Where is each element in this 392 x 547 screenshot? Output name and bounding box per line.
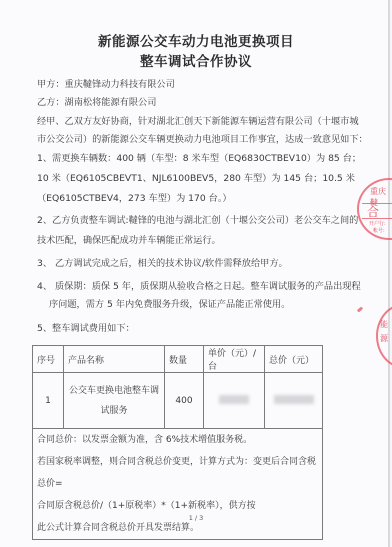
intro-line2: 市公交公司）的新能源公交车辆更换动力电池项目工作事宜，达成一致意见如下： xyxy=(37,131,368,145)
row-total-price-redacted xyxy=(265,373,323,429)
seal-text-bank: 开户行: xyxy=(369,220,386,227)
clause5: 5、整车调试费用如下： xyxy=(37,320,135,334)
party-a: 甲方：重庆韃锋动力科技有限公司 xyxy=(37,76,175,90)
redaction-blur xyxy=(274,395,314,404)
notes-cell: 合同总价：以发票金额为准，含 6%技术增值服务税。 若国家税率调整，则合同含税总… xyxy=(33,429,323,540)
ink-mark xyxy=(357,306,364,312)
seal-text-account: 帐号: xyxy=(373,227,385,234)
row-product-line2: 试服务 xyxy=(68,401,160,421)
page-indicator: 1 / 3 xyxy=(0,514,392,522)
row-index: 1 xyxy=(33,373,64,429)
seal2-text: 能 源 xyxy=(380,318,388,346)
header-index: 序号 xyxy=(33,346,64,373)
clause2-line2: 技术匹配，确保匹配成功并车辆能正常运行。 xyxy=(37,232,221,246)
clause1-line1: 1、需更换车辆数：400 辆（车型：8 米车型（EQ6830CTBEV10）为 … xyxy=(37,150,361,164)
party-b: 乙方：湖南松将能源有限公司 xyxy=(37,94,156,108)
clause1-line3: （EQ6105CTBEV4，273 车型）为 170 台。） xyxy=(37,190,232,204)
clause3: 3、 乙方调试完成之后，相关的技术协议/软件需释放给甲方。 xyxy=(37,255,288,269)
row-unit-price-redacted xyxy=(204,373,265,429)
note-line1: 合同总价：以发票金额为准，含 6%技术增值服务税。 xyxy=(37,429,318,451)
document-page: 新能源公交车动力电池更换项目 整车调试合作协议 甲方：重庆韃锋动力科技有限公司 … xyxy=(0,0,390,547)
clause1-line2: 10 米（EQ6105CBEVT1、NJL6100BEV5，280 车型）为 1… xyxy=(37,170,355,184)
row-product-line1: 公交车更换电池整车调 xyxy=(68,381,160,401)
row-quantity: 400 xyxy=(165,373,204,429)
clause4-line2: 序问题，需方 5 年内免费服务升级，保证产品能正常使用。 xyxy=(49,296,290,310)
note-line2: 若国家税率调整，则合同含税总价变更，计算方式为：变更后合同含税总价= xyxy=(37,451,318,495)
header-unit-price: 单价（元）/台 xyxy=(204,346,265,373)
notes-row: 合同总价：以发票金额为准，含 6%技术增值服务税。 若国家税率调整，则合同含税总… xyxy=(33,429,323,540)
clause2-line1: 2、乙方负责整车调试:韃锋的电池与湖北汇创（十堰公交公司）老公交车之间的 xyxy=(37,212,358,226)
header-product: 产品名称 xyxy=(64,346,165,373)
fee-table: 序号 产品名称 数量 单价（元）/台 总价（元） 1 公交车更换电池整车调 试服… xyxy=(32,345,323,540)
seal-text-mid: 合 xyxy=(367,203,379,220)
header-quantity: 数量 xyxy=(165,346,204,373)
row-product: 公交车更换电池整车调 试服务 xyxy=(64,373,165,429)
clause4-line1: 4、 质保期：质保 5 年，质保期从验收合格之日起。整车调试服务的产品出现程 xyxy=(37,278,361,292)
table-header-row: 序号 产品名称 数量 单价（元）/台 总价（元） xyxy=(33,346,323,373)
header-total-price: 总价（元） xyxy=(265,346,323,373)
document-title-line2: 整车调试合作协议 xyxy=(0,50,392,70)
table-row: 1 公交车更换电池整车调 试服务 400 xyxy=(33,373,323,429)
document-title-line1: 新能源公交车动力电池更换项目 xyxy=(0,30,392,50)
redaction-blur xyxy=(219,395,249,404)
intro-line1: 经甲、乙双方友好协商，针对湖北汇创天下新能源车辆运营有限公司（十堰市城 xyxy=(37,113,359,127)
